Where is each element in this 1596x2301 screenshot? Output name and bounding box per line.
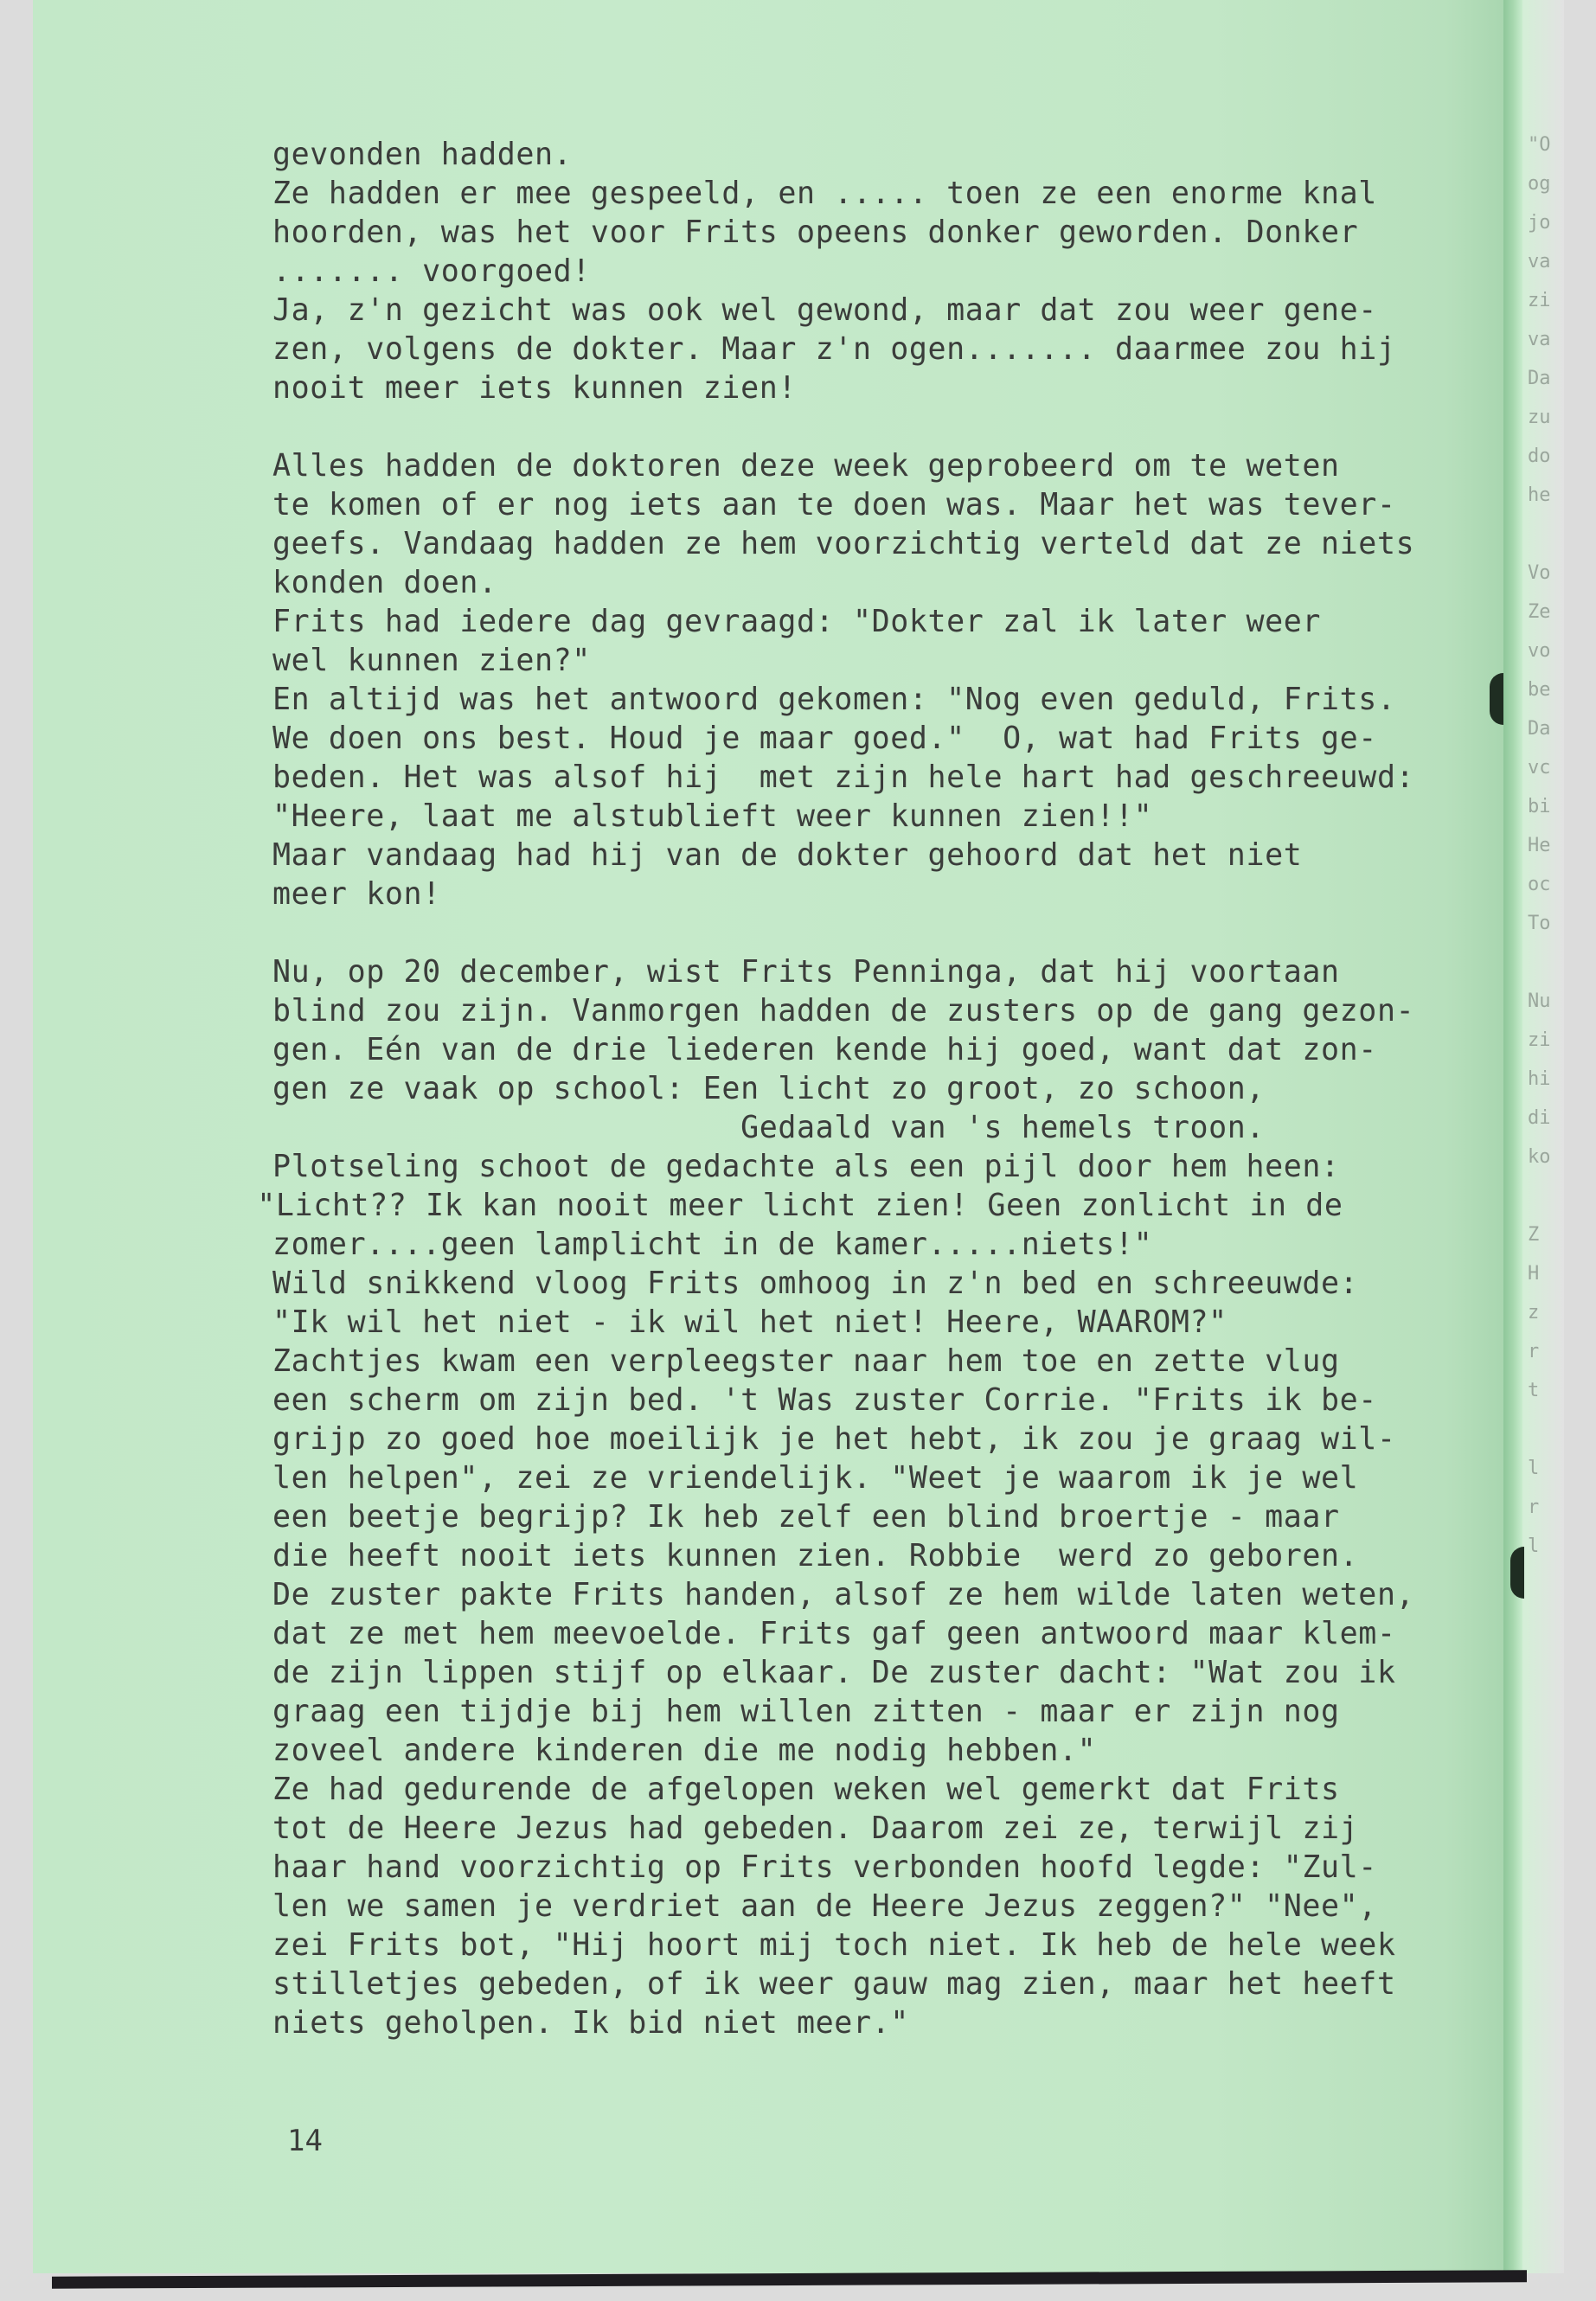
text-line: Plotseling schoot de gedachte als een pi… xyxy=(272,1147,1414,1186)
adjacent-page-fragment: og xyxy=(1528,164,1562,203)
text-line: haar hand voorzichtig op Frits verbonden… xyxy=(272,1848,1414,1887)
adjacent-page-edge: "OogjovazivaDazudoheVoZevobeDavcbiHeocTo… xyxy=(1522,0,1564,2273)
text-line: len helpen", zei ze vriendelijk. "Weet j… xyxy=(272,1458,1414,1497)
text-line: gen. Eén van de drie liederen kende hij … xyxy=(272,1030,1414,1069)
text-line: zei Frits bot, "Hij hoort mij toch niet.… xyxy=(272,1926,1414,1965)
adjacent-page-text-fragments: "OogjovazivaDazudoheVoZevobeDavcbiHeocTo… xyxy=(1528,125,1562,1566)
paragraph-break xyxy=(272,913,1414,952)
text-line: Nu, op 20 december, wist Frits Penninga,… xyxy=(272,952,1414,991)
text-line: wel kunnen zien?" xyxy=(272,641,1414,680)
adjacent-page-fragment: vc xyxy=(1528,748,1562,787)
page-number: 14 xyxy=(287,2124,323,2158)
text-line: de zijn lippen stijf op elkaar. De zuste… xyxy=(272,1653,1414,1692)
adjacent-page-fragment: bi xyxy=(1528,787,1562,826)
text-line: konden doen. xyxy=(272,563,1414,602)
text-line: zomer....geen lamplicht in de kamer.....… xyxy=(272,1225,1414,1264)
text-line: Alles hadden de doktoren deze week gepro… xyxy=(272,446,1414,485)
text-line: ....... voorgoed! xyxy=(272,252,1414,291)
text-line: We doen ons best. Houd je maar goed." O,… xyxy=(272,719,1414,758)
adjacent-page-fragment: r xyxy=(1528,1488,1562,1527)
text-line: De zuster pakte Frits handen, alsof ze h… xyxy=(272,1575,1414,1614)
text-line: Wild snikkend vloog Frits omhoog in z'n … xyxy=(272,1264,1414,1303)
adjacent-page-fragment xyxy=(1528,943,1562,982)
adjacent-page-fragment: z xyxy=(1528,1293,1562,1332)
text-line: blind zou zijn. Vanmorgen hadden de zust… xyxy=(272,991,1414,1030)
adjacent-page-fragment xyxy=(1528,1176,1562,1215)
text-line: En altijd was het antwoord gekomen: "Nog… xyxy=(272,680,1414,719)
binding-clip-mark xyxy=(1510,1547,1524,1599)
text-line: tot de Heere Jezus had gebeden. Daarom z… xyxy=(272,1809,1414,1848)
text-line: zoveel andere kinderen die me nodig hebb… xyxy=(272,1731,1414,1770)
adjacent-page-fragment: be xyxy=(1528,670,1562,709)
adjacent-page-fragment: Nu xyxy=(1528,982,1562,1021)
text-line: gevonden hadden. xyxy=(272,135,1414,174)
story-text: gevonden hadden.Ze hadden er mee gespeel… xyxy=(272,135,1414,2042)
adjacent-page-fragment: oc xyxy=(1528,865,1562,904)
adjacent-page-fragment: t xyxy=(1528,1371,1562,1410)
adjacent-page-fragment: di xyxy=(1528,1099,1562,1138)
text-line: nooit meer iets kunnen zien! xyxy=(272,369,1414,407)
adjacent-page-fragment: He xyxy=(1528,826,1562,865)
paragraph-break xyxy=(272,407,1414,446)
text-line: "Licht?? Ik kan nooit meer licht zien! G… xyxy=(257,1186,1414,1225)
text-line: Zachtjes kwam een verpleegster naar hem … xyxy=(272,1342,1414,1381)
text-line: een scherm om zijn bed. 't Was zuster Co… xyxy=(272,1381,1414,1420)
binding-clip-mark xyxy=(1490,673,1503,725)
text-line: Frits had iedere dag gevraagd: "Dokter z… xyxy=(272,602,1414,641)
adjacent-page-fragment: l xyxy=(1528,1527,1562,1566)
text-line: zen, volgens de dokter. Maar z'n ogen...… xyxy=(272,330,1414,369)
adjacent-page-fragment: do xyxy=(1528,437,1562,476)
text-line: een beetje begrijp? Ik heb zelf een blin… xyxy=(272,1497,1414,1536)
adjacent-page-fragment: he xyxy=(1528,476,1562,515)
text-line: Gedaald van 's hemels troon. xyxy=(272,1108,1414,1147)
text-line: grijp zo goed hoe moeilijk je het hebt, … xyxy=(272,1420,1414,1458)
adjacent-page-fragment: ko xyxy=(1528,1138,1562,1176)
adjacent-page-fragment: l xyxy=(1528,1449,1562,1488)
adjacent-page-fragment: Ze xyxy=(1528,593,1562,631)
adjacent-page-fragment: zi xyxy=(1528,1021,1562,1060)
text-line: "Ik wil het niet - ik wil het niet! Heer… xyxy=(272,1303,1414,1342)
text-line: graag een tijdje bij hem willen zitten -… xyxy=(272,1692,1414,1731)
text-line: "Heere, laat me alstublieft weer kunnen … xyxy=(272,797,1414,836)
text-line: Ja, z'n gezicht was ook wel gewond, maar… xyxy=(272,291,1414,330)
text-line: gen ze vaak op school: Een licht zo groo… xyxy=(272,1069,1414,1108)
text-line: beden. Het was alsof hij met zijn hele h… xyxy=(272,758,1414,797)
adjacent-page-fragment: zi xyxy=(1528,281,1562,320)
scanned-page-view: "OogjovazivaDazudoheVoZevobeDavcbiHeocTo… xyxy=(0,0,1596,2301)
adjacent-page-fragment: Z xyxy=(1528,1215,1562,1254)
text-line: hoorden, was het voor Frits opeens donke… xyxy=(272,213,1414,252)
text-line: niets geholpen. Ik bid niet meer." xyxy=(272,2003,1414,2042)
text-line: stilletjes gebeden, of ik weer gauw mag … xyxy=(272,1965,1414,2003)
adjacent-page-fragment: Vo xyxy=(1528,554,1562,593)
adjacent-page-fragment: jo xyxy=(1528,203,1562,242)
adjacent-page-fragment: va xyxy=(1528,320,1562,359)
text-line: dat ze met hem meevoelde. Frits gaf geen… xyxy=(272,1614,1414,1653)
adjacent-page-fragment: vo xyxy=(1528,631,1562,670)
text-line: te komen of er nog iets aan te doen was.… xyxy=(272,485,1414,524)
text-line: Maar vandaag had hij van de dokter gehoo… xyxy=(272,836,1414,875)
text-line: len we samen je verdriet aan de Heere Je… xyxy=(272,1887,1414,1926)
text-line: Ze had gedurende de afgelopen weken wel … xyxy=(272,1770,1414,1809)
text-line: geefs. Vandaag hadden ze hem voorzichtig… xyxy=(272,524,1414,563)
text-line: die heeft nooit iets kunnen zien. Robbie… xyxy=(272,1536,1414,1575)
text-line: meer kon! xyxy=(272,875,1414,913)
adjacent-page-fragment xyxy=(1528,515,1562,554)
text-line: Ze hadden er mee gespeeld, en ..... toen… xyxy=(272,174,1414,213)
adjacent-page-fragment: r xyxy=(1528,1332,1562,1371)
adjacent-page-fragment: zu xyxy=(1528,398,1562,437)
adjacent-page-fragment: Da xyxy=(1528,709,1562,748)
adjacent-page-fragment: va xyxy=(1528,242,1562,281)
adjacent-page-fragment: To xyxy=(1528,904,1562,943)
page-spine-shadow xyxy=(1503,0,1522,2273)
adjacent-page-fragment: "O xyxy=(1528,125,1562,164)
adjacent-page-fragment: Da xyxy=(1528,359,1562,398)
adjacent-page-fragment: hi xyxy=(1528,1060,1562,1099)
adjacent-page-fragment: H xyxy=(1528,1254,1562,1293)
adjacent-page-fragment xyxy=(1528,1410,1562,1449)
